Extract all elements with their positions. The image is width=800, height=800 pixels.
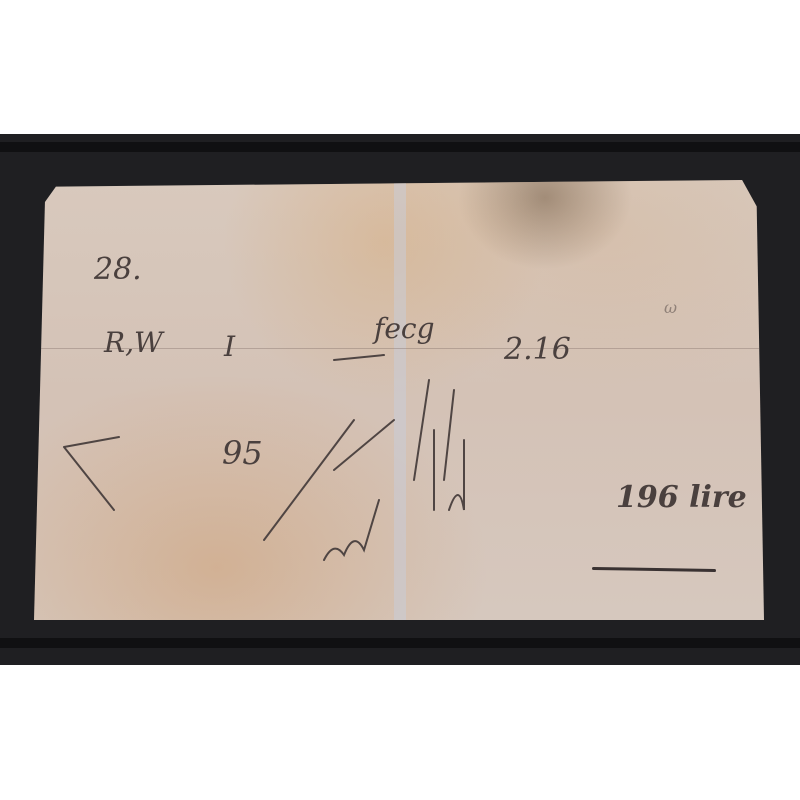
pencil-note-price: 196 lire [616,480,747,515]
pencil-note-signature-top: fecg [374,312,435,345]
pencil-note-roman-one: I [224,330,235,363]
mount-strip-bottom [0,638,800,648]
mount-strip-top [0,142,800,152]
pencil-note-small-mark: ω [664,298,677,317]
pencil-note-95: 95 [222,434,263,472]
pencil-note-fraction: 2.16 [504,332,571,367]
pencil-strokes [34,180,764,620]
stamp-pair-reverse: 28. R,W I fecg 2.16 95 196 lire ω [34,180,764,620]
pencil-note-28: 28. [94,252,142,287]
pencil-note-rw: R,W [104,326,163,359]
